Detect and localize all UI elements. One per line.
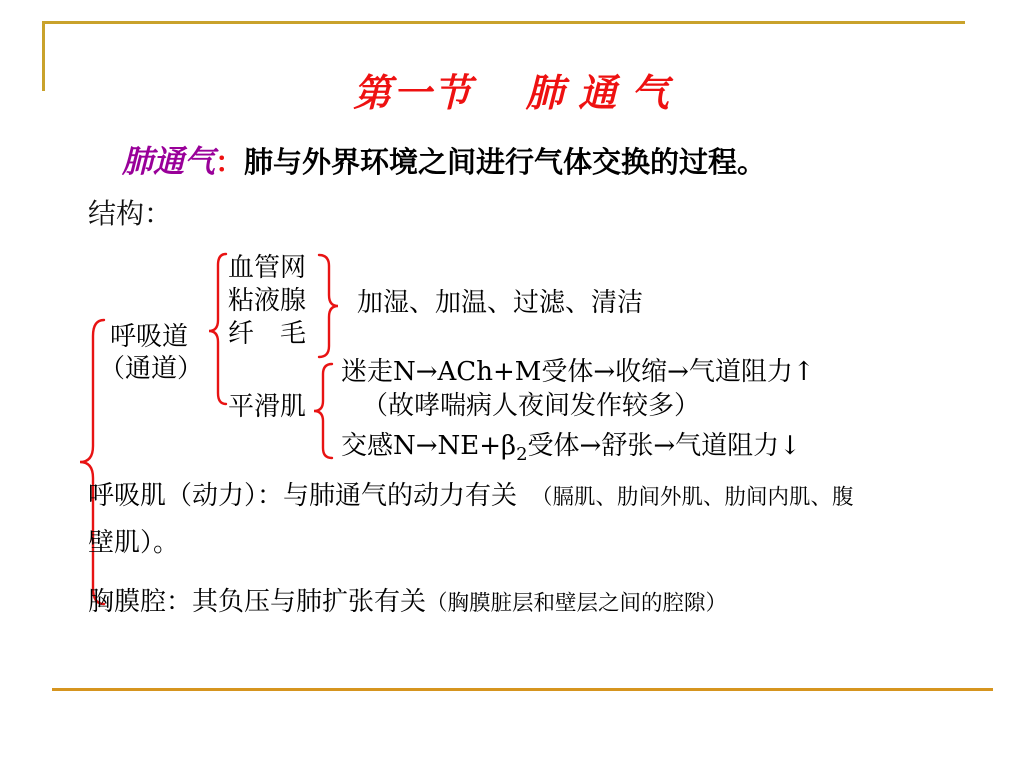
pleural-note: （胸膜脏层和壁层之间的腔隙）: [426, 591, 727, 616]
respiratory-muscle-note: （膈肌、肋间外肌、肋间内肌、腹: [531, 485, 854, 510]
definition-text: 肺与外界环境之间进行气体交换的过程。: [244, 147, 766, 179]
sympathetic-suffix: 受体→舒张→气道阻力↓: [528, 431, 801, 461]
definition-colon: ：: [215, 147, 244, 179]
respiratory-muscle-continuation: 壁肌）。: [88, 528, 179, 559]
top-border-line: [42, 21, 965, 24]
vagus-note: （故哮喘病人夜间发作较多）: [362, 391, 700, 422]
smooth-muscle-brace: [314, 364, 332, 458]
smooth-muscle-label: 平滑肌: [228, 392, 306, 423]
structure-label: 结构：: [88, 192, 172, 232]
component-mucous-gland: 粘液腺: [228, 286, 306, 316]
airway-label: 呼吸道: [110, 322, 188, 353]
functions-brace: [319, 255, 338, 357]
airway-components-list: 血管网粘液腺纤 毛: [228, 252, 306, 351]
beta2-subscript: 2: [516, 444, 527, 465]
pleural-main: 胸膜腔：其负压与肺扩张有关: [88, 587, 426, 617]
vagus-pathway-line: 迷走N→ACh+M受体→收缩→气道阻力↑: [341, 357, 815, 388]
sympathetic-prefix: 交感N→NE+β: [341, 431, 516, 461]
bottom-border-line: [52, 688, 993, 691]
pleural-cavity-line: 胸膜腔：其负压与肺扩张有关（胸膜脏层和壁层之间的腔隙）: [88, 587, 727, 618]
definition-term: 肺通气: [122, 144, 215, 179]
respiratory-muscle-line: 呼吸肌（动力）：与肺通气的动力有关（膈肌、肋间外肌、肋间内肌、腹: [88, 481, 1018, 512]
slide-title: 第一节 肺 通 气: [0, 62, 1024, 117]
component-cilia: 纤 毛: [228, 319, 306, 349]
airway-sublabel: （通道）: [99, 354, 203, 385]
slide: 第一节 肺 通 气 肺通气：肺与外界环境之间进行气体交换的过程。 结构： 呼吸道…: [0, 0, 1024, 768]
airway-components-brace: [209, 254, 226, 404]
functions-text: 加湿、加温、过滤、清洁: [357, 288, 643, 319]
respiratory-muscle-main: 呼吸肌（动力）：与肺通气的动力有关: [88, 481, 517, 511]
component-vascular-net: 血管网: [228, 253, 306, 283]
definition-line: 肺通气：肺与外界环境之间进行气体交换的过程。: [122, 136, 766, 181]
sympathetic-pathway-line: 交感N→NE+β2受体→舒张→气道阻力↓: [341, 431, 801, 466]
